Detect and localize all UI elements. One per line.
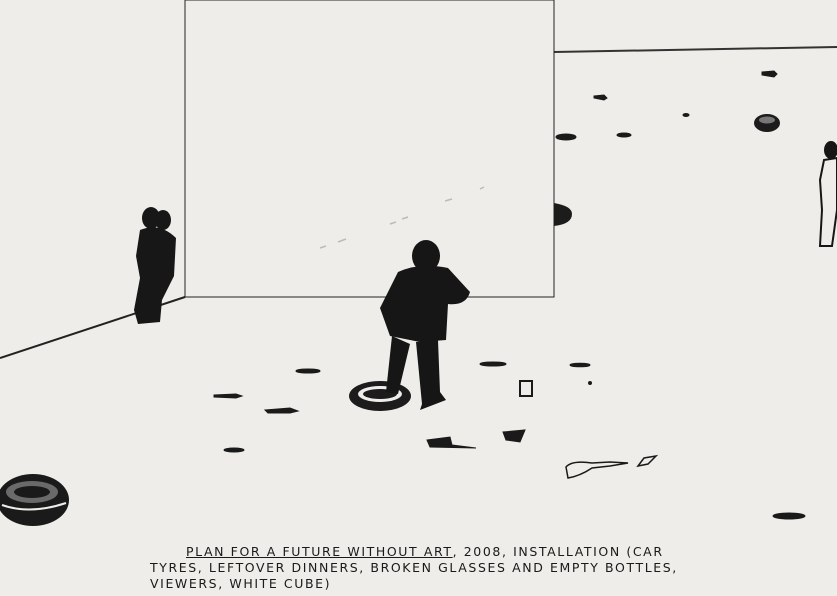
viewer-right-icon [820, 142, 837, 246]
caption-line2: tyres, leftover dinners, broken glasses … [150, 560, 678, 575]
white-cube [185, 0, 554, 297]
tyre-background-right-icon [754, 114, 780, 132]
tyre-by-cube-icon [554, 203, 572, 226]
artwork-caption: Plan for a Future without Art, 2008, ins… [150, 544, 770, 592]
caption-line3: viewers, white cube) [150, 576, 331, 591]
wall-floor-line-right [554, 47, 837, 52]
tyre-lower-left-icon [0, 474, 69, 526]
caption-line1-rest: , 2008, installation (car [453, 544, 664, 559]
drawing-scene [0, 0, 837, 596]
viewer-couple-icon [134, 207, 176, 324]
artwork-title: Plan for a Future without Art [186, 544, 453, 559]
